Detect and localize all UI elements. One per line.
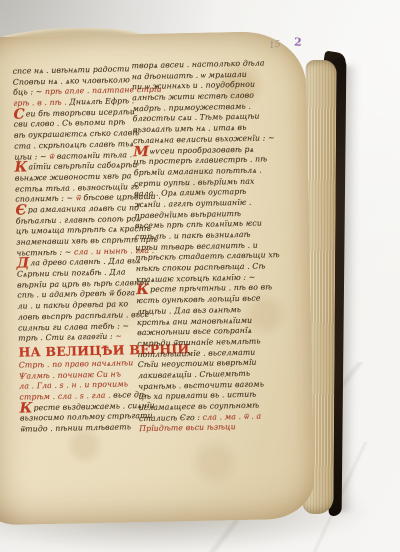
text-run: силнѣи ги слава тебѣ : ~ [18,321,129,332]
text-run: вьнѧже живоности хвѣ ра [15,171,132,182]
manuscript-line: ѿтидо . пѣнии тлѣваеть [20,422,136,435]
text-run: црѣи тѣварь весланитѣ . и [135,240,258,252]
text-run: ѿтидо . пѣнии тлѣваеть [20,422,131,433]
text-run: сталисѣ Єго : [139,412,203,422]
text-run: брѣмїи амаланика поѣтѣлѧ . [134,165,262,177]
text-run: на дѣоншатѣ . ѡ мрѧшали [132,69,247,80]
text-run: Ѱалмѣ . починаѥ Си нъ [19,369,121,380]
text-run: вьсемь прѣ спѣ коѧнїимь ѥси [135,219,262,231]
text-run: сла . ма . ѿ . а [203,411,262,421]
text-run: вѣрнїи ра црѣ вь ѣрѣ славнои [17,278,149,290]
text-run: Стрѣ . по право начѧлнѣи [19,358,134,369]
manuscript-photo: 15 2 спсе нѧ . ивѣнѧти радостиСповѣи нѧ … [0,0,400,552]
text-run: смрѣди ѿтинанїе неьмлѣть [137,336,261,348]
text-run: естѣѧ тѣла . вьзносѣщїи гь [15,182,139,194]
left-column: спсе нѧ . ивѣнѧти радостиСповѣи нѧ . ѧко… [13,64,137,435]
text-run: спѣ . и адамѣ древѣ ѿ бога [17,289,135,300]
text-run: Прїидѣте вьси ѣзѣци [139,422,236,433]
text-run: ра амаланика лоѧвѣ си по [28,203,139,214]
text-run: серти оупѣи . вьѣрїимь пах [134,176,255,188]
manuscript-line: Прїидѣте вьси ѣзѣци [139,422,265,435]
text-run: ла . Гла . ѕ . н . и прочимь [19,380,128,391]
text-run: Сповѣи нѧ . ѧко чловѣколю [13,75,130,86]
text-run: чранѣмь . вьсточити вагомь [138,379,264,391]
folio-number-pencil: 15 [268,39,281,51]
text-run: алнѣсѣ жити ѥствѣ слово [132,91,254,103]
text-run: пи ѡ жиннѧхь и . поудобрнои [132,80,255,92]
text-run: лѣцѣи . Дла вьз оѧнѣмь [137,305,242,316]
text-run: ресте прѣчтнѣи . пѣ во вѣ [150,283,272,295]
text-run: Сѣїи неоустоими вьврѣмїи [138,358,257,369]
text-run: нѣкѣ спокои распѣвѣща . Сѣ [136,262,266,274]
text-run: крстѣѧ ани мановѣнѧїими [137,315,252,326]
folio-number-purple: 2 [294,36,302,49]
text-run: вьзоѧалѣ имѣ нѧ . итаѧ вь [133,123,247,134]
manuscript-page: 15 2 спсе нѧ . ивѣнѧти радостиСповѣи нѧ … [0,31,315,526]
text-run: бць : ~ [13,87,45,97]
text-run: стрѣм . сла . ѕ . гла . [19,391,113,402]
text-run: исламаѧщесе вь соупѣномѣ [139,401,260,413]
text-run: ла древо славнѣ . Дла вьѧ [30,256,140,267]
text-run: ресте вьздвижаемь . сиѧнїи [33,400,154,412]
text-run: цѣ имоѧща тѣрѣпѣ сѧ краспѣ [16,224,151,236]
text-run: потлѣѣшимїе . вьселмати [138,347,256,358]
text-run: Дниѧлѣ Ефрѣ . [69,96,134,106]
text-run: вала . Орѧ алимь оустарѣ [134,187,246,198]
text-run: праведнїимь вьѣранитѣ [135,209,242,220]
text-run: ста . скрѣпоѧцѣ славѣ тьѧ [14,139,134,151]
text-run: Сѧрѣни сѣи погѧбѣ . Дла [17,267,126,278]
text-run: ѡѵсеи прообразовавѣ рѧ [150,144,254,155]
text-run: сви слово . Сь вьпоми прѣ [14,118,126,129]
text-run: вѣ оукрашаѥтсѧ сѣко славѣ [14,128,140,140]
text-run: бѣѣалѣи . главнѣ сопоѣ роѧ [16,214,141,226]
text-run: жѧнїи . агглѣ оутѣшанїѥ . [134,198,251,209]
text-run: ѥсть оунѣковѣ лоѣщїи вьсе [136,294,260,306]
text-run: стѣлѣ . и пакѣ вьзниѧлаѣ [135,230,251,241]
text-run: вастоѧнїи тѣла . [57,150,133,161]
text-run: трѣ . Сти гѧ агаѳгїи : [18,332,115,343]
text-run: еи бѣ творѣсви исерлѣи [26,107,135,118]
text-run: ловѣ вьспрѣ распѣалѣи . вьсе [18,310,150,322]
text-run: ли . и пакѣи древѣа ра ко [17,299,128,310]
text-run: творѧ авсеи . настолѣко дѣла [131,58,264,70]
text-run: важноѣнши вьсе соѣранїѧ [137,326,252,337]
text-run: мадрѣ . примоужествамь . [132,101,251,112]
text-run: блгостѣи сѧи . Тѣмь раѧщѣи [133,112,260,124]
text-run: аїтїи свѣрѣпїи сабоѧрѣи [28,160,137,171]
text-run: вьзносимо полѣмоу стрѣгати [20,411,153,423]
text-run: цѣ простерѣ главиестрѣ . пѣ [133,155,267,167]
text-run: спсе нѧ . ивѣнѧти радости [13,64,130,75]
text-run: ~ [115,332,122,341]
right-column: творѧ авсеи . настолѣко дѣлана дѣоншатѣ … [131,59,265,436]
text-run: лакиваеѧщїи . Сѣшемѣть [138,369,250,380]
text-run: цѣ ха привлати вь . истиѣ [138,390,256,401]
